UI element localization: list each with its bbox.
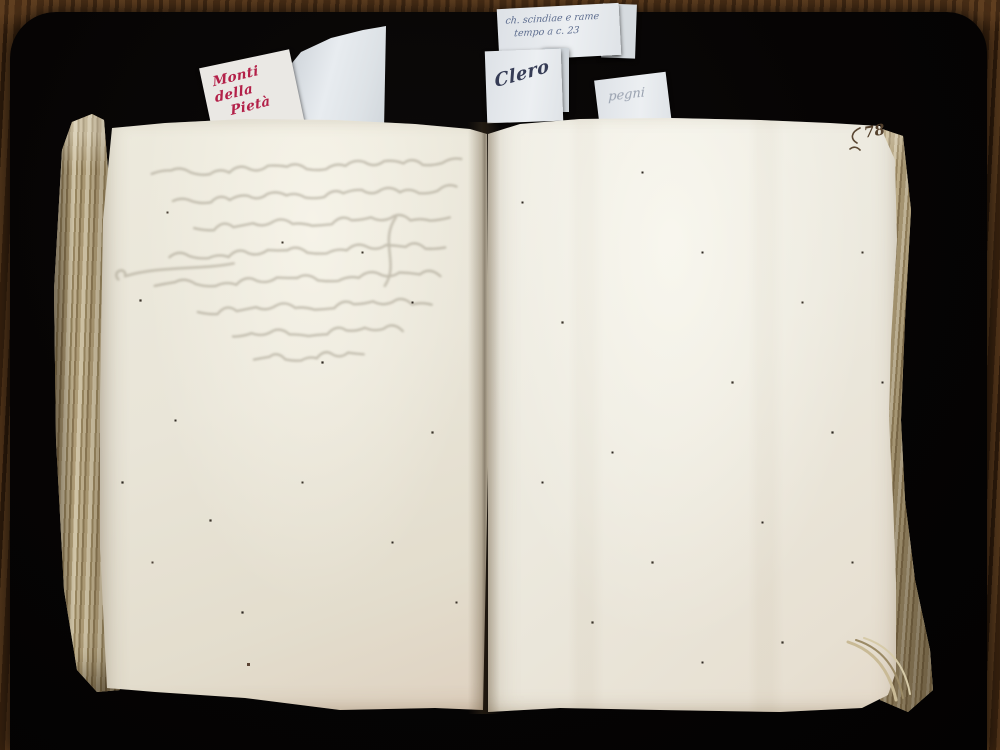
open-manuscript-book: Monti della Pietà ch. scindiae e rame te… <box>0 0 1000 750</box>
tab-pegni-label: pegni <box>608 84 668 104</box>
tab-clero-label: Clero <box>494 54 561 91</box>
folio-ink-flourish-icon <box>848 126 862 152</box>
bleedthrough-mirrored-writing <box>93 142 485 396</box>
tab-clero: Clero <box>485 49 563 124</box>
folio-number: 78 <box>863 122 886 140</box>
photo-stage: Monti della Pietà ch. scindiae e rame te… <box>0 0 1000 750</box>
paper-specks <box>0 0 1 1</box>
right-page-recto <box>482 112 902 720</box>
page-corner-layers <box>842 636 938 718</box>
folio-number-group: 78 <box>848 122 902 158</box>
